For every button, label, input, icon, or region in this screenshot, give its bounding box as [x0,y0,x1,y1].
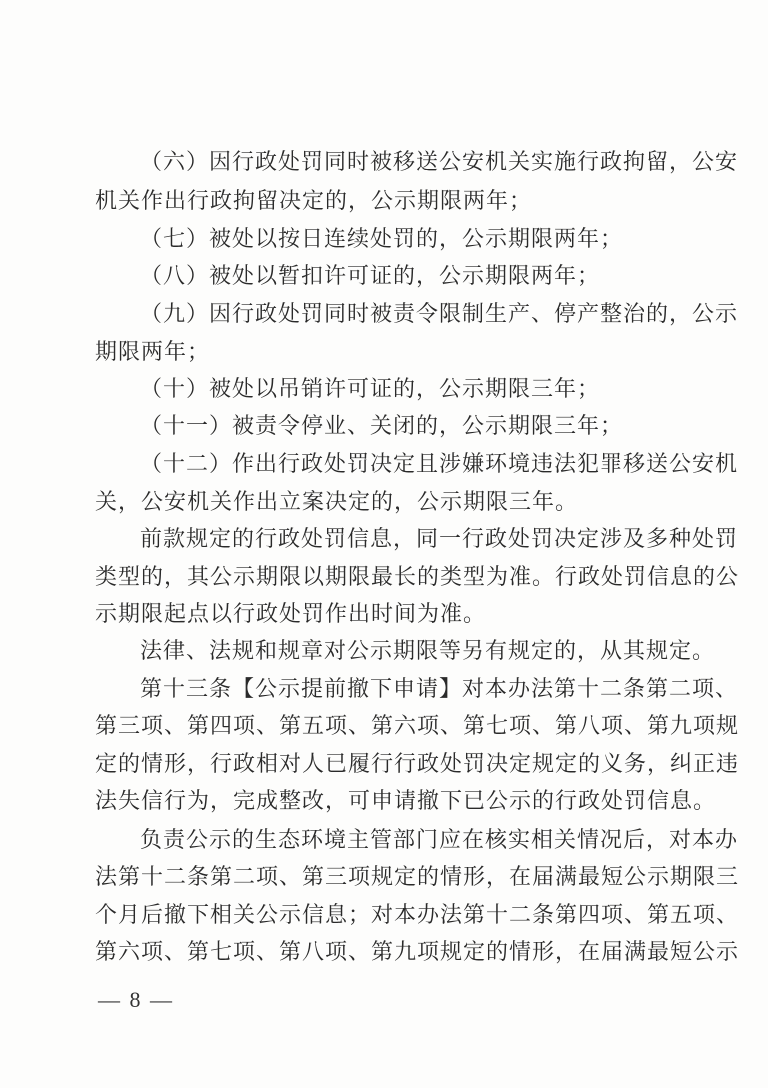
text-line: 示期限起点以行政处罚作出时间为准。 [95,597,695,633]
text-line: 定的情形，行政相对人已履行行政处罚决定规定的义务，纠正违 [95,747,695,783]
text-line: 第六项、第七项、第八项、第九项规定的情形，在届满最短公示 [95,935,695,971]
text-line: 机关作出行政拘留决定的，公示期限两年； [95,184,695,220]
text-line: （七）被处以按日连续处罚的，公示期限两年； [140,222,695,258]
text-line: （十一）被责令停业、关闭的，公示期限三年； [140,409,695,445]
text-line: （十）被处以吊销许可证的，公示期限三年； [140,372,695,408]
document-page: （六）因行政处罚同时被移送公安机关实施行政拘留，公安机关作出行政拘留决定的，公示… [0,0,768,1088]
text-line: 前款规定的行政处罚信息，同一行政处罚决定涉及多种处罚 [140,522,695,558]
text-line: 第十三条【公示提前撤下申请】对本办法第十二条第二项、 [140,672,695,708]
text-line: 法第十二条第二项、第三项规定的情形，在届满最短公示期限三 [95,860,695,896]
text-line: （六）因行政处罚同时被移送公安机关实施行政拘留，公安 [140,145,695,181]
text-line: 法失信行为，完成整改，可申请撤下已公示的行政处罚信息。 [95,784,695,820]
text-line: 关，公安机关作出立案决定的，公示期限三年。 [95,485,695,521]
text-line: 类型的，其公示期限以期限最长的类型为准。行政处罚信息的公 [95,560,695,596]
text-line: 期限两年； [95,335,695,371]
text-line: 法律、法规和规章对公示期限等另有规定的，从其规定。 [140,634,695,670]
text-line: （八）被处以暂扣许可证的，公示期限两年； [140,259,695,295]
text-line: 第三项、第四项、第五项、第六项、第七项、第八项、第九项规 [95,709,695,745]
text-line: （九）因行政处罚同时被责令限制生产、停产整治的，公示 [140,297,695,333]
page-number: — 8 — [98,987,174,1013]
text-line: 负责公示的生态环境主管部门应在核实相关情况后，对本办 [140,823,695,859]
text-line: （十二）作出行政处罚决定且涉嫌环境违法犯罪移送公安机 [140,447,695,483]
text-line: 个月后撤下相关公示信息；对本办法第十二条第四项、第五项、 [95,898,695,934]
